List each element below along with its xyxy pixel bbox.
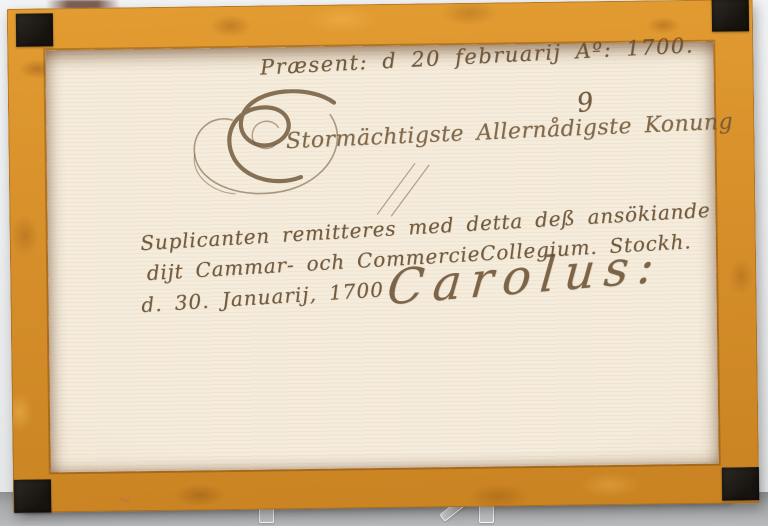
picture-frame: Præsent: d 20 februarij Aº: 1700. 9 Stor… — [7, 0, 760, 513]
descender-pen-strokes — [371, 157, 452, 218]
frame-corner-block-top-left — [16, 13, 53, 46]
frame-corner-block-bottom-right — [722, 467, 759, 500]
framed-document-photo: Præsent: d 20 februarij Aº: 1700. 9 Stor… — [0, 0, 768, 526]
frame-corner-block-bottom-left — [14, 479, 51, 512]
frame-corner-block-top-right — [712, 0, 749, 32]
